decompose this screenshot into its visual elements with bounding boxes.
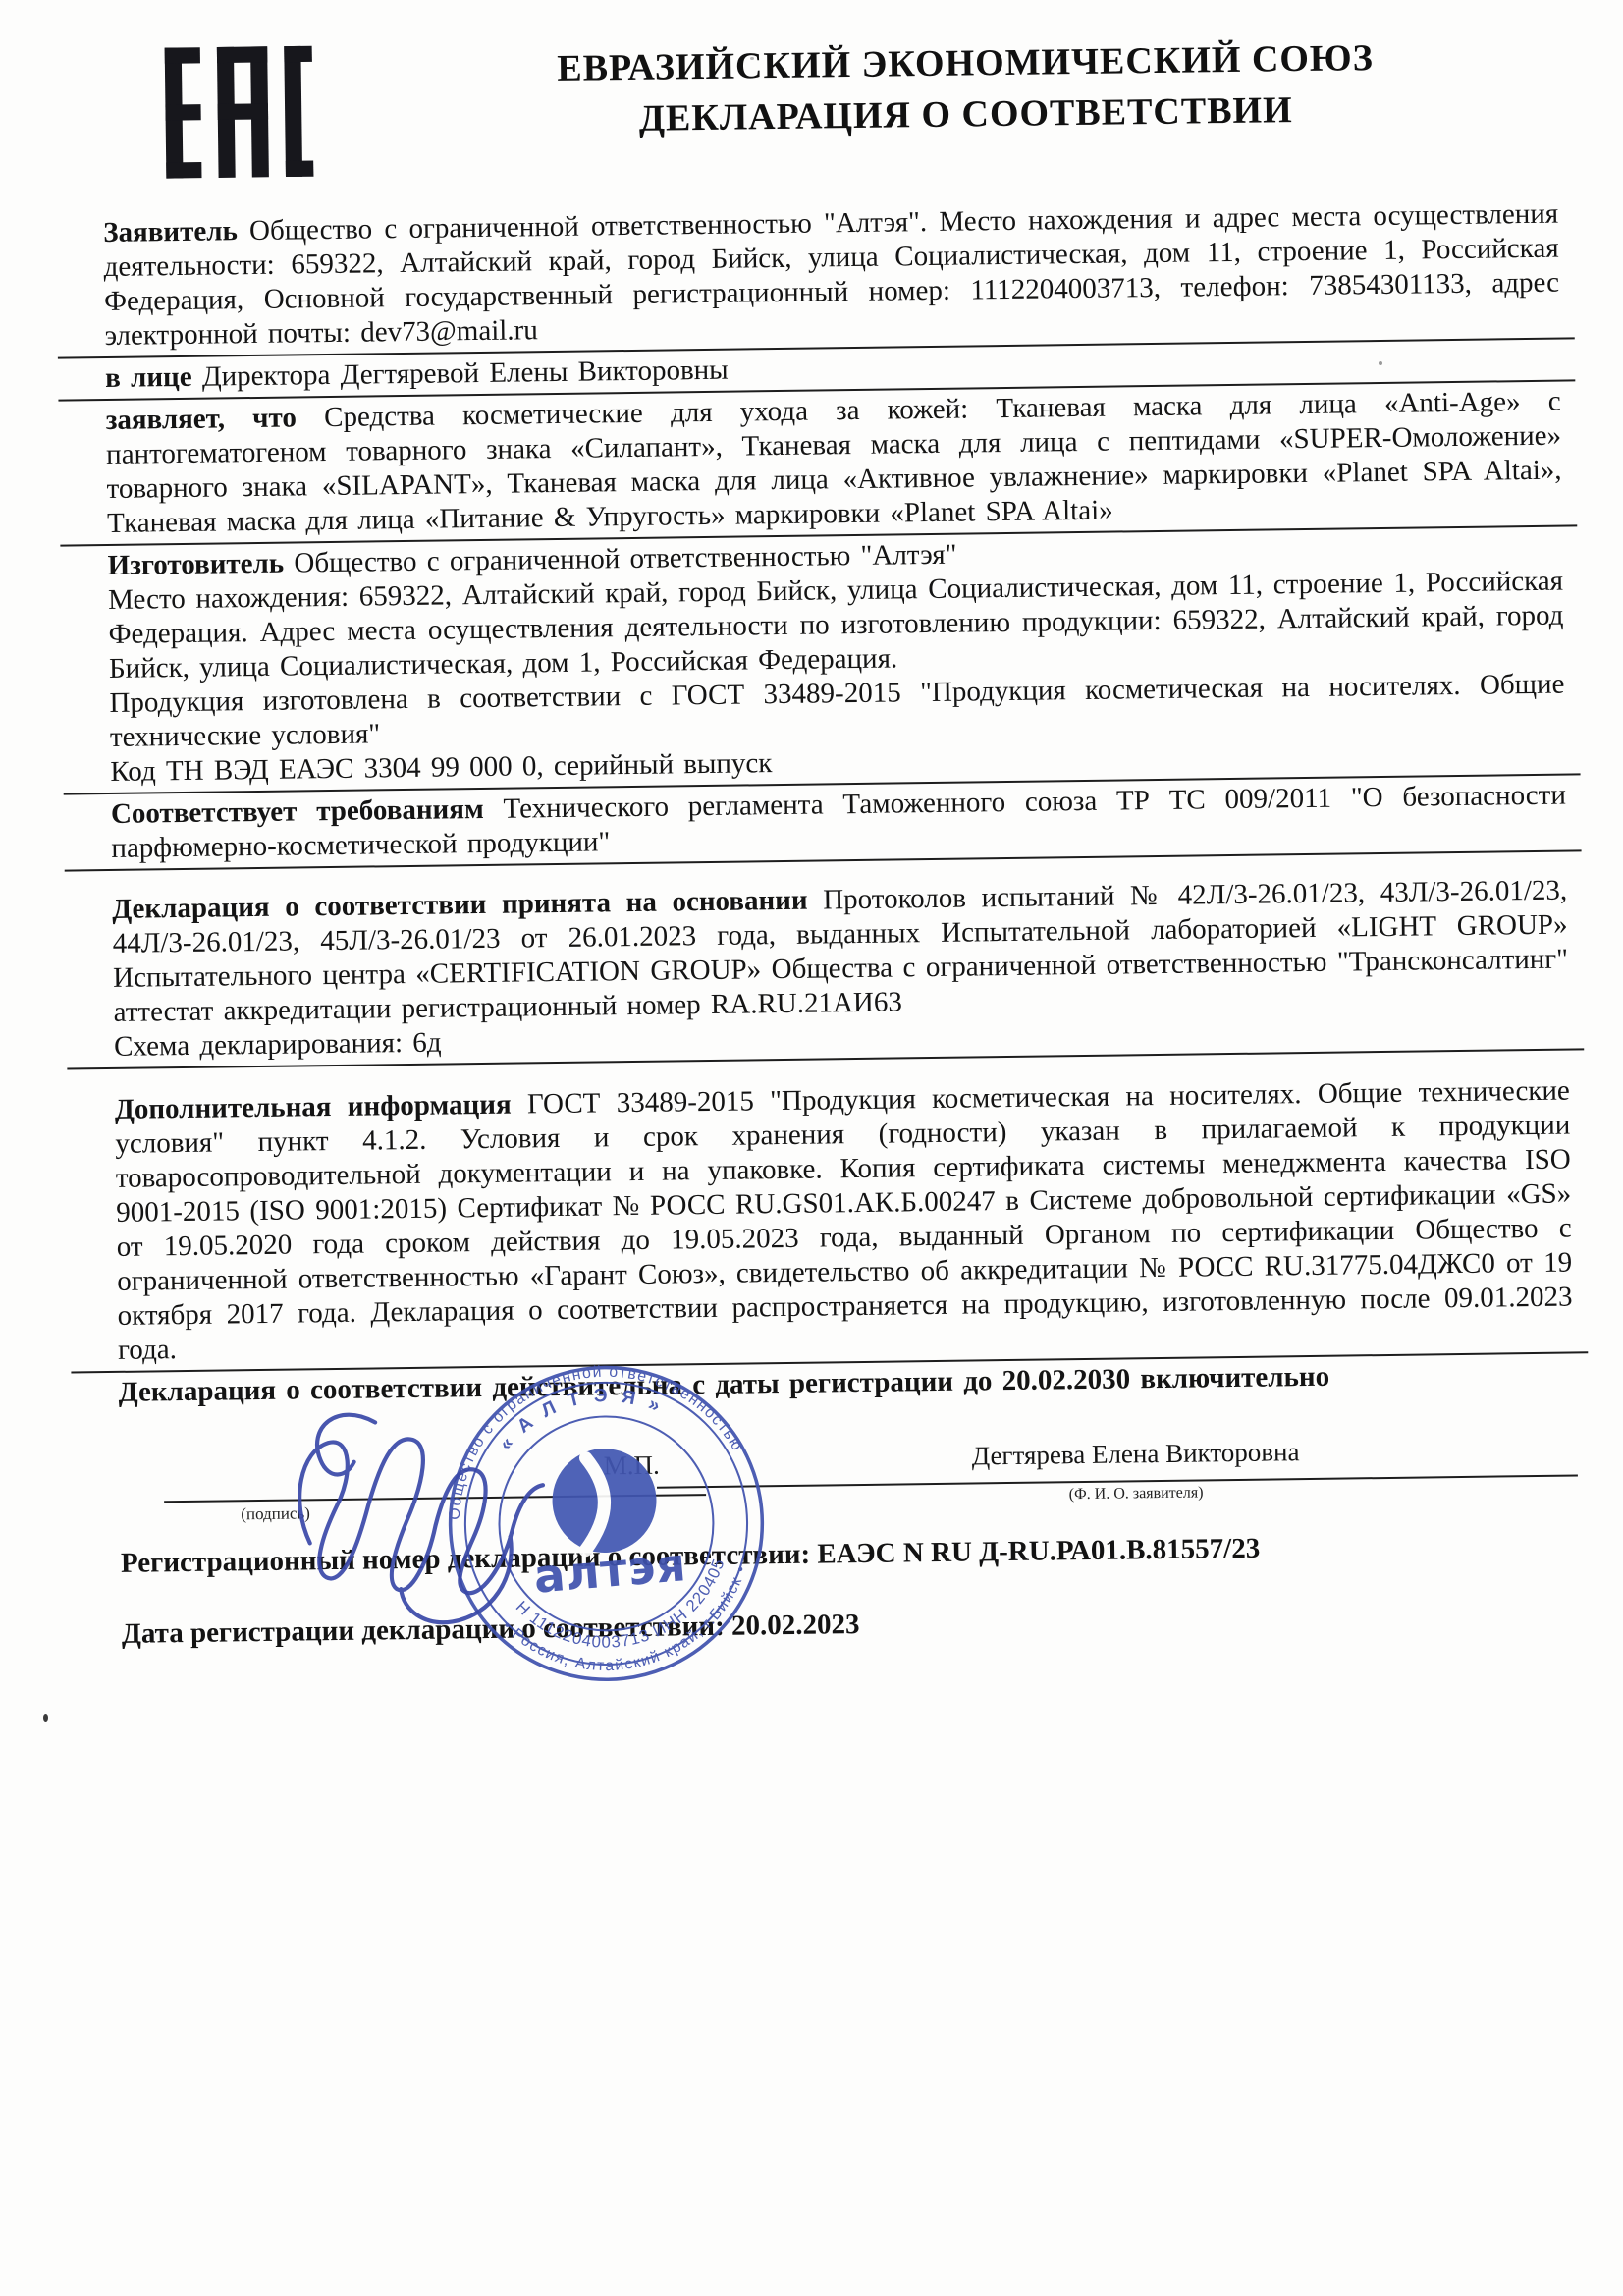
scan-speck bbox=[43, 1714, 48, 1722]
manufacturer-address: Место нахождения: 659322, Алтайский край… bbox=[108, 565, 1564, 686]
declaration-document: ЕВРАЗИЙСКИЙ ЭКОНОМИЧЕСКИЙ СОЮЗ ДЕКЛАРАЦИ… bbox=[0, 0, 1623, 2296]
declares-text: Средства косметические для ухода за коже… bbox=[106, 386, 1562, 539]
basis-lead: Декларация о соответствии принята на осн… bbox=[112, 885, 808, 925]
declares-lead: заявляет, что bbox=[106, 402, 298, 436]
handwritten-signature bbox=[281, 1391, 598, 1630]
registration-number-value: ЕАЭС N RU Д-RU.РА01.В.81557/23 bbox=[817, 1533, 1260, 1570]
applicant-paragraph: Заявитель Общество с ограниченной ответс… bbox=[103, 197, 1560, 354]
document-title: ЕВРАЗИЙСКИЙ ЭКОНОМИЧЕСКИЙ СОЮЗ ДЕКЛАРАЦИ… bbox=[352, 29, 1580, 147]
represented-by-lead: в лице bbox=[105, 361, 192, 394]
applicant-fullname: Дегтярева Елена Викторовна bbox=[703, 1434, 1567, 1476]
manufacturer-block: Изготовитель Общество с ограниченной отв… bbox=[107, 530, 1565, 790]
scan-speck bbox=[750, 57, 754, 60]
basis-block: Декларация о соответствии принята на осн… bbox=[112, 874, 1569, 1065]
applicant-lead: Заявитель bbox=[103, 215, 238, 248]
complies-lead: Соответствует требованиям bbox=[111, 793, 484, 830]
eac-mark-icon bbox=[163, 42, 314, 182]
additional-info-lead: Дополнительная информация bbox=[115, 1089, 512, 1125]
manufacturer-lead: Изготовитель bbox=[107, 548, 284, 581]
scanned-page: ЕВРАЗИЙСКИЙ ЭКОНОМИЧЕСКИЙ СОЮЗ ДЕКЛАРАЦИ… bbox=[0, 0, 1623, 2296]
declares-paragraph: заявляет, что Средства косметические для… bbox=[106, 385, 1563, 541]
scan-speck bbox=[1379, 361, 1382, 365]
applicant-text: Общество с ограниченной ответственностью… bbox=[103, 198, 1559, 352]
document-body: Заявитель Общество с ограниченной ответс… bbox=[103, 197, 1574, 1410]
additional-info-paragraph: Дополнительная информация ГОСТ 33489-201… bbox=[115, 1074, 1574, 1368]
represented-by-text: Директора Дегтяревой Елены Викторовны bbox=[202, 355, 729, 393]
basis-paragraph: Декларация о соответствии принята на осн… bbox=[112, 874, 1569, 1030]
